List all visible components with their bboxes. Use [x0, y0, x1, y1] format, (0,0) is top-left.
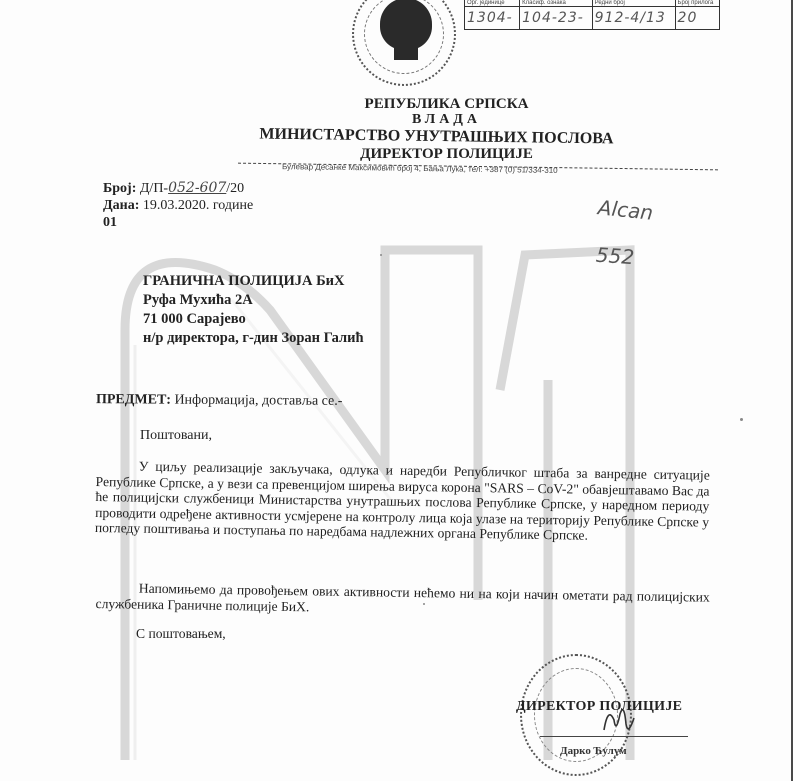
closing-phrase: С поштовањем,	[136, 626, 226, 642]
reference-date: Дана: 19.03.2020. године	[103, 198, 253, 214]
registry-value-class-code: 104-23-	[520, 7, 592, 30]
body-paragraph-2-text: Напомињемо да провођењем ових активности…	[96, 581, 710, 614]
registry-value-seq-number: 912-4/13	[592, 7, 675, 30]
signatory-title: ДИРЕКТОР ПОЛИЦИЈЕ	[516, 699, 682, 715]
body-paragraph-1: У циљу реализације закључака, одлука и н…	[95, 458, 710, 545]
reference-number-prefix: Д/П-	[140, 181, 168, 196]
body-paragraph-1-text: У циљу реализације закључака, одлука и н…	[95, 459, 710, 543]
reference-number-handwritten: 052-607	[168, 180, 226, 196]
recipient-street: Руфа Мухића 2А	[143, 291, 364, 310]
scan-speck	[740, 418, 743, 421]
reference-code: 01	[103, 215, 117, 231]
recipient-attention: н/р директора, г-дин Зоран Галић	[143, 329, 364, 348]
signature-line	[540, 736, 688, 737]
subject-text: Информација, доставља се.-	[174, 393, 342, 409]
reference-number: Број: Д/П-052-607/20	[103, 180, 244, 197]
recipient-organization: ГРАНИЧНА ПОЛИЦИЈА БиХ	[143, 272, 364, 291]
body-paragraph-2: Напомињемо да провођењем ових активности…	[96, 580, 710, 621]
reference-number-suffix: /20	[226, 181, 244, 196]
subject-label: ПРЕДМЕТ:	[96, 392, 171, 408]
signatory-name: Дарко Ћулум	[560, 745, 627, 757]
recipient-city: 71 000 Сарајево	[143, 310, 364, 329]
handwritten-note-1: Alcan	[597, 195, 654, 225]
reference-number-label: Број:	[103, 181, 136, 196]
letterhead-police-director: ДИРЕКТОР ПОЛИЦИЈЕ	[50, 146, 793, 163]
recipient-address: ГРАНИЧНА ПОЛИЦИЈА БиХ Руфа Мухића 2А 71 …	[143, 272, 364, 348]
letterhead-address: Булевар Десанке Максимовић број 4, Бања …	[282, 162, 558, 175]
scan-speck	[423, 603, 425, 605]
coat-of-arms-base	[394, 46, 418, 60]
registry-value-org-unit: 1304-	[465, 7, 520, 30]
subject-line: ПРЕДМЕТ: Информација, доставља се.-	[96, 392, 343, 410]
document-page: РЕПУБЛИКА СРПСКА · ВЛАДА Орг. јединице К…	[0, 0, 793, 781]
scan-speck	[380, 254, 382, 256]
government-seal: РЕПУБЛИКА СРПСКА · ВЛАДА	[352, 0, 456, 86]
coat-of-arms-icon	[380, 0, 432, 50]
salutation: Поштовани,	[140, 428, 212, 444]
handwritten-note-2: 552	[595, 243, 635, 270]
reference-date-label: Дана:	[103, 198, 139, 213]
registry-value-attachments: 20	[675, 7, 719, 30]
letterhead-republic: РЕПУБЛИКА СРПСКА	[50, 96, 793, 113]
reference-date-value: 19.03.2020. године	[143, 198, 253, 213]
registry-stamp: Орг. јединице Класиф. ознака Редни број …	[464, 0, 720, 30]
